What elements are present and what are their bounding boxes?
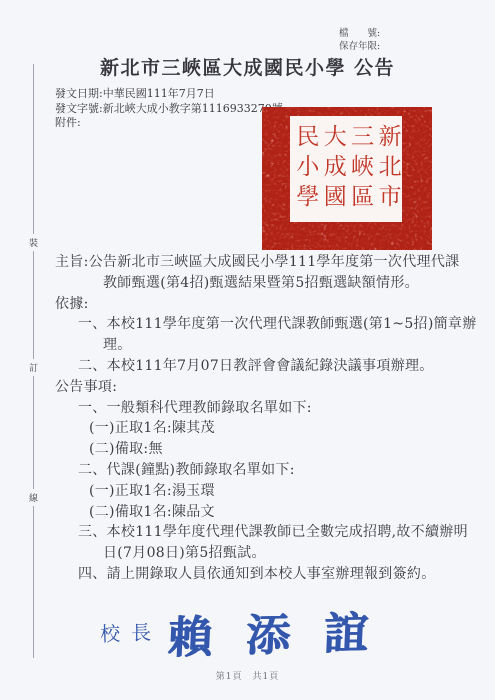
- issue-date-label: 發文日期:: [55, 87, 103, 100]
- doc-no-value: 新北峽大成小教字第1116933270號: [103, 102, 283, 115]
- file-no-label: 檔 號:: [339, 27, 380, 40]
- principal-name-calligraphy: 賴添誼: [167, 596, 404, 666]
- body-line: 一、本校111學年度第一次代理代課教師甄選(第1~5招)簡章辦: [78, 314, 470, 335]
- seal-text-column: 民小學: [292, 124, 317, 214]
- body-line: (二)備取1名:陳品文: [89, 502, 470, 523]
- body-line: 四、請上開錄取人員依通知到本校人事室辦理報到簽約。: [78, 564, 470, 585]
- body-line: 理。: [103, 335, 470, 356]
- document-body: 主旨:公告新北市三峽區大成國民小學111學年度第一次代理代課 教師甄選(第4招)…: [55, 252, 470, 585]
- body-line: 一、一般類科代理教師錄取名單如下:: [78, 398, 470, 419]
- body-line: 主旨:公告新北市三峽區大成國民小學111學年度第一次代理代課: [55, 252, 470, 273]
- body-line: (一)正取1名:陳其茂: [89, 418, 470, 439]
- attachment-label: 附件:: [55, 116, 81, 129]
- body-line: 日(7月08日)第5招甄試。: [103, 543, 470, 564]
- binding-mark-ding: 訂: [25, 359, 42, 376]
- scanned-announcement-document: 檔 號: 保存年限: 新北市三峽區大成國民小學 公告 發文日期:中華民國111年…: [0, 0, 495, 700]
- doc-no-line: 發文字號:新北峽大成小教字第1116933270號: [55, 102, 283, 117]
- body-line: 依據:: [55, 294, 470, 315]
- document-title: 新北市三峽區大成國民小學 公告: [0, 53, 495, 80]
- body-line: 教師甄選(第4招)甄選結果暨第5招甄選缺額情形。: [103, 273, 470, 294]
- seal-text-column: 三峽區: [347, 124, 372, 214]
- binding-mark-zhuang: 裝: [25, 234, 42, 251]
- binding-mark-xian: 線: [25, 489, 42, 506]
- issue-meta-block: 發文日期:中華民國111年7月7日 發文字號:新北峽大成小教字第11169332…: [55, 87, 283, 131]
- file-meta-block: 檔 號: 保存年限:: [339, 27, 380, 53]
- body-line: 二、本校111年7月07日教評會會議紀錄決議事項辦理。: [78, 356, 470, 377]
- body-line: 公告事項:: [55, 377, 470, 398]
- issue-date-value: 中華民國111年7月7日: [103, 87, 215, 100]
- page-footer: 第1頁 共1頁: [0, 669, 495, 682]
- school-seal-stamp: 新北市 三峽區 大成國 民小學: [262, 107, 432, 250]
- principal-title: 校長: [100, 615, 163, 646]
- issue-date-line: 發文日期:中華民國111年7月7日: [55, 87, 283, 102]
- body-line: (二)備取:無: [89, 439, 470, 460]
- principal-signature: 校長 賴添誼: [100, 602, 430, 660]
- body-line: 二、代課(鐘點)教師錄取名單如下:: [78, 460, 470, 481]
- seal-text-column: 大成國: [320, 124, 345, 214]
- body-line: 三、本校111學年度代理代課教師已全數完成招聘,故不續辦明: [78, 522, 470, 543]
- attachment-line: 附件:: [55, 116, 283, 131]
- doc-no-label: 發文字號:: [55, 102, 103, 115]
- retention-label: 保存年限:: [339, 40, 380, 53]
- seal-text-column: 新北市: [375, 124, 400, 214]
- body-line: (一)正取1名:湯玉環: [89, 481, 470, 502]
- seal-inner-square: 新北市 三峽區 大成國 民小學: [290, 116, 402, 222]
